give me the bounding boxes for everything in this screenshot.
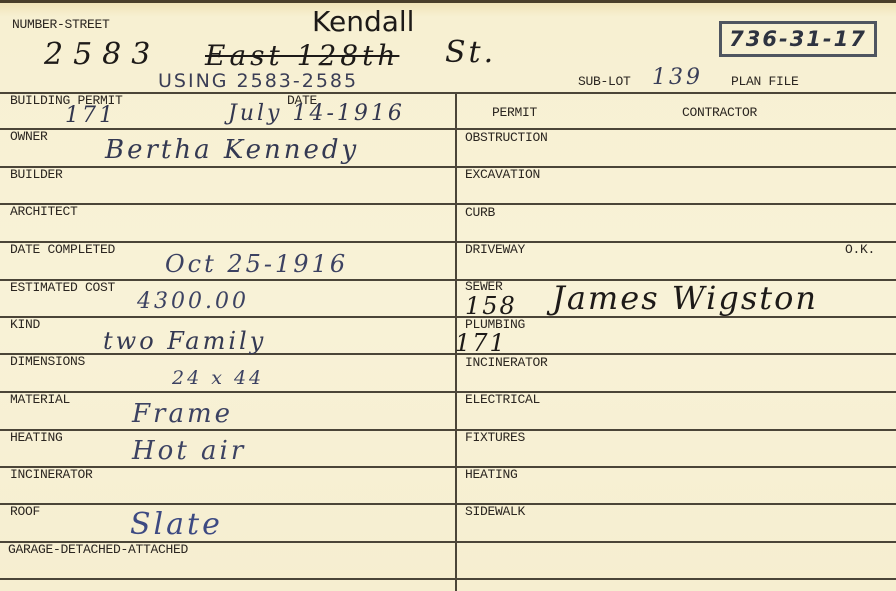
- sewer-contractor-value: James Wigston: [552, 279, 818, 317]
- owner-value: Bertha Kennedy: [105, 135, 359, 165]
- plan-file-label: PLAN FILE: [731, 74, 799, 89]
- sub-lot-label: SUB-LOT: [578, 74, 631, 89]
- rule-line: [0, 503, 896, 505]
- rule-line: [0, 166, 896, 168]
- sewer-permit-value: 158: [465, 292, 517, 320]
- street-name-correction: Kendall: [312, 5, 414, 38]
- rule-line: [0, 128, 896, 130]
- incinerator-label: INCINERATOR: [10, 467, 93, 482]
- owner-label: OWNER: [10, 129, 48, 144]
- rule-line: [0, 241, 896, 243]
- rule-line: [0, 466, 896, 468]
- fixtures-label: FIXTURES: [465, 430, 525, 445]
- garage-label: GARAGE-DETACHED-ATTACHED: [8, 542, 188, 557]
- excavation-label: EXCAVATION: [465, 167, 540, 182]
- roof-label: ROOF: [10, 504, 40, 519]
- electrical-label: ELECTRICAL: [465, 392, 540, 407]
- rule-line: [0, 391, 896, 393]
- sub-lot-value: 139: [652, 65, 703, 90]
- obstruction-label: OBSTRUCTION: [465, 130, 548, 145]
- driveway-ok-note: O.K.: [845, 242, 875, 257]
- roof-value: Slate: [130, 507, 223, 542]
- rule-line: [0, 92, 896, 94]
- heating-label: HEATING: [10, 430, 63, 445]
- heating-permit-label: HEATING: [465, 467, 518, 482]
- permit-record-card: NUMBER-STREET 2583 East 128th St. Kendal…: [0, 0, 896, 591]
- street-number-value: 2583: [44, 37, 160, 72]
- record-number-stamp: 736-31-17: [719, 21, 877, 57]
- plumbing-permit-value: 171: [455, 329, 507, 357]
- permit-column-header: PERMIT: [492, 105, 537, 120]
- builder-label: BUILDER: [10, 167, 63, 182]
- estimated-cost-label: ESTIMATED COST: [10, 280, 115, 295]
- rule-line: [0, 578, 896, 580]
- street-name-struck: East 128th: [205, 39, 399, 72]
- rule-line: [0, 429, 896, 431]
- record-number: 736-31-17: [729, 27, 867, 51]
- architect-label: ARCHITECT: [10, 204, 78, 219]
- driveway-label: DRIVEWAY: [465, 242, 525, 257]
- curb-label: CURB: [465, 205, 495, 220]
- rule-line: [0, 203, 896, 205]
- date-completed-label: DATE COMPLETED: [10, 242, 115, 257]
- permit-date-value: July 14-1916: [228, 101, 405, 126]
- number-street-label: NUMBER-STREET: [12, 17, 110, 32]
- dimensions-label: DIMENSIONS: [10, 354, 85, 369]
- material-value: Frame: [132, 399, 233, 429]
- street-suffix: St.: [445, 35, 496, 70]
- heating-value: Hot air: [132, 436, 246, 466]
- material-label: MATERIAL: [10, 392, 70, 407]
- contractor-column-header: CONTRACTOR: [682, 105, 757, 120]
- kind-value: two Family: [103, 327, 266, 355]
- sidewalk-label: SIDEWALK: [465, 504, 525, 519]
- using-addresses-note: USING 2583-2585: [158, 70, 358, 92]
- date-completed-value: Oct 25-1916: [165, 250, 348, 278]
- estimated-cost-value: 4300.00: [137, 289, 249, 314]
- building-permit-value: 171: [65, 103, 116, 128]
- kind-label: KIND: [10, 317, 40, 332]
- incinerator-permit-label: INCINERATOR: [465, 355, 548, 370]
- dimensions-value: 24 x 44: [172, 367, 264, 389]
